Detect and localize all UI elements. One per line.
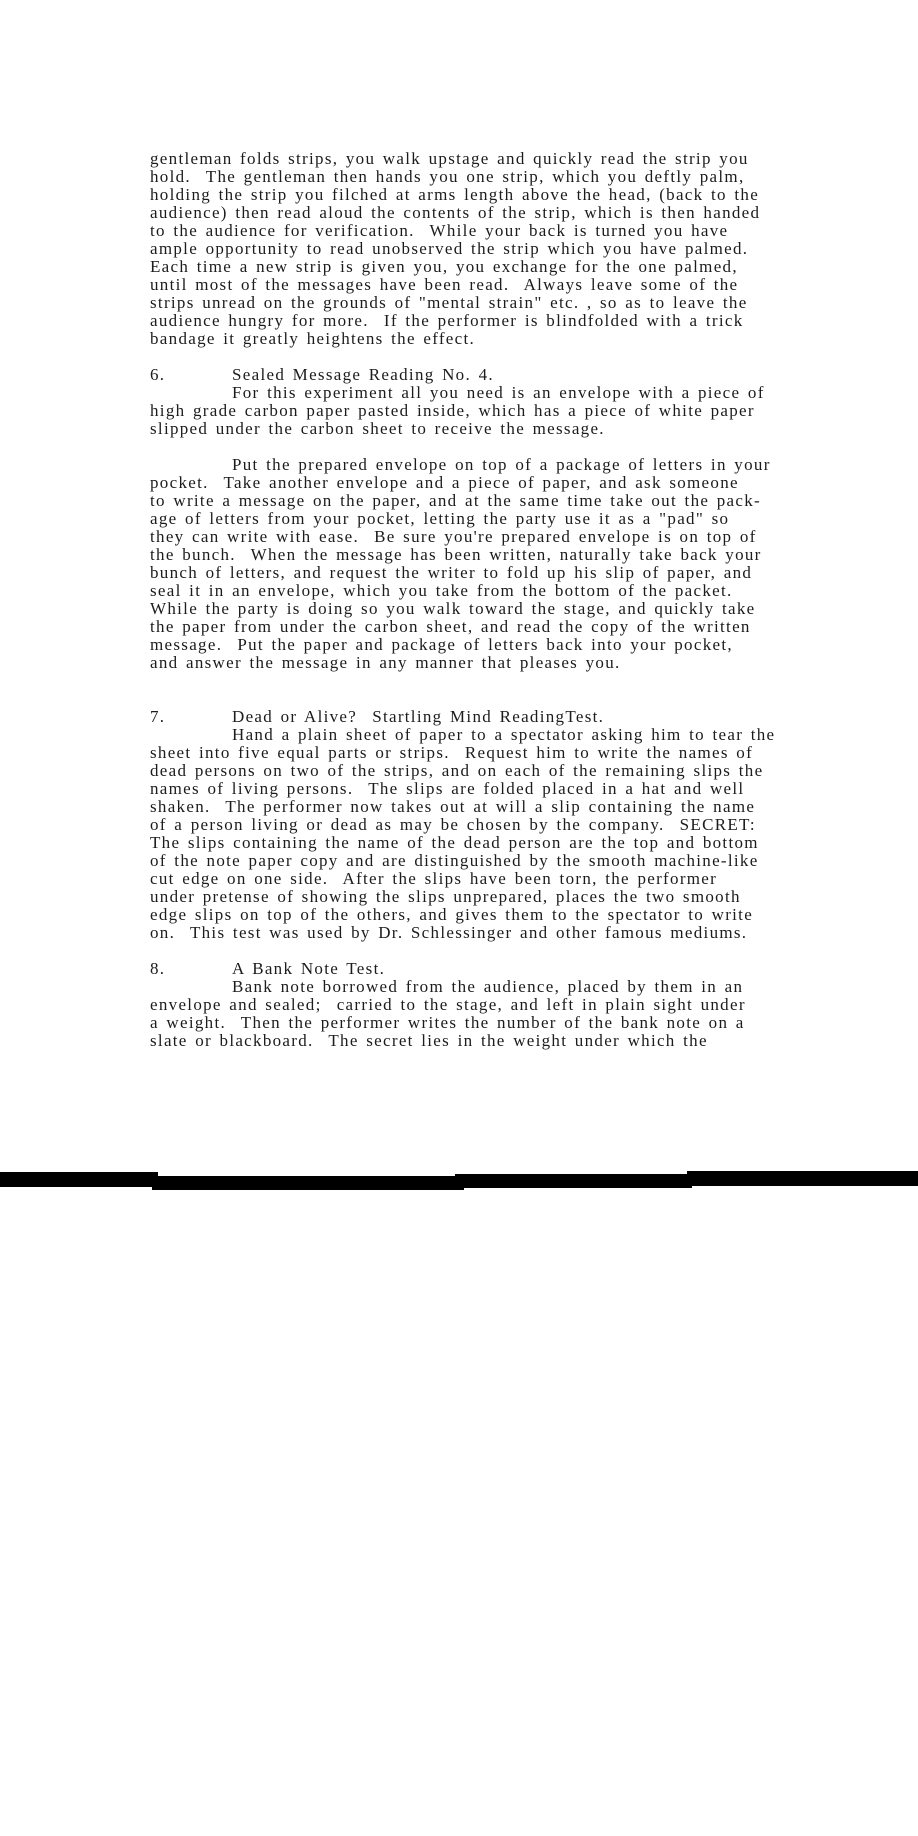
redaction-bar-segment <box>152 1176 464 1190</box>
paragraph: Bank note borrowed from the audience, pl… <box>150 978 850 1050</box>
text-line: gentleman folds strips, you walk upstage… <box>150 150 850 168</box>
text-line: to write a message on the paper, and at … <box>150 492 850 510</box>
text-line: on. This test was used by Dr. Schlessing… <box>150 924 850 942</box>
heading-title: Dead or Alive? Startling Mind ReadingTes… <box>232 707 604 726</box>
text-line: sheet into five equal parts or strips. R… <box>150 744 850 762</box>
text-line: For this experiment all you need is an e… <box>150 384 850 402</box>
text-line: a weight. Then the performer writes the … <box>150 1014 850 1032</box>
text-line: envelope and sealed; carried to the stag… <box>150 996 850 1014</box>
text-line: hold. The gentleman then hands you one s… <box>150 168 850 186</box>
paragraph: For this experiment all you need is an e… <box>150 384 850 438</box>
text-line: Each time a new strip is given you, you … <box>150 258 850 276</box>
text-line: ample opportunity to read unobserved the… <box>150 240 850 258</box>
scanned-document-page: gentleman folds strips, you walk upstage… <box>0 0 918 1836</box>
text-line: strips unread on the grounds of "mental … <box>150 294 850 312</box>
text-line: slate or blackboard. The secret lies in … <box>150 1032 850 1050</box>
text-line: the paper from under the carbon sheet, a… <box>150 618 850 636</box>
text-line: names of living persons. The slips are f… <box>150 780 850 798</box>
text-line: Hand a plain sheet of paper to a spectat… <box>150 726 850 744</box>
paragraph: Put the prepared envelope on top of a pa… <box>150 456 850 672</box>
text-line: holding the strip you filched at arms le… <box>150 186 850 204</box>
text-line: audience) then read aloud the contents o… <box>150 204 850 222</box>
text-line: bunch of letters, and request the writer… <box>150 564 850 582</box>
text-line: to the audience for verification. While … <box>150 222 850 240</box>
text-line: cut edge on one side. After the slips ha… <box>150 870 850 888</box>
redaction-bar-segment <box>0 1172 158 1187</box>
text-line: pocket. Take another envelope and a piec… <box>150 474 850 492</box>
heading-number: 8. <box>150 960 232 978</box>
text-line: the bunch. When the message has been wri… <box>150 546 850 564</box>
heading-number: 7. <box>150 708 232 726</box>
text-line: under pretense of showing the slips unpr… <box>150 888 850 906</box>
heading-title: A Bank Note Test. <box>232 959 385 978</box>
paragraph: gentleman folds strips, you walk upstage… <box>150 150 850 348</box>
section-heading: 7.Dead or Alive? Startling Mind ReadingT… <box>150 708 850 726</box>
text-line: Bank note borrowed from the audience, pl… <box>150 978 850 996</box>
text-block: gentleman folds strips, you walk upstage… <box>150 150 850 1050</box>
text-line: bandage it greatly heightens the effect. <box>150 330 850 348</box>
text-line: edge slips on top of the others, and giv… <box>150 906 850 924</box>
text-line: shaken. The performer now takes out at w… <box>150 798 850 816</box>
text-line: and answer the message in any manner tha… <box>150 654 850 672</box>
text-line: The slips containing the name of the dea… <box>150 834 850 852</box>
text-line: until most of the messages have been rea… <box>150 276 850 294</box>
text-line: of a person living or dead as may be cho… <box>150 816 850 834</box>
text-line: message. Put the paper and package of le… <box>150 636 850 654</box>
text-line: high grade carbon paper pasted inside, w… <box>150 402 850 420</box>
heading-number: 6. <box>150 366 232 384</box>
text-line: audience hungry for more. If the perform… <box>150 312 850 330</box>
text-line: dead persons on two of the strips, and o… <box>150 762 850 780</box>
text-line: of the note paper copy and are distingui… <box>150 852 850 870</box>
redaction-bar-segment <box>687 1171 918 1186</box>
text-line: seal it in an envelope, which you take f… <box>150 582 850 600</box>
redaction-bar-segment <box>455 1174 692 1188</box>
text-line: slipped under the carbon sheet to receiv… <box>150 420 850 438</box>
text-line: Put the prepared envelope on top of a pa… <box>150 456 850 474</box>
heading-title: Sealed Message Reading No. 4. <box>232 365 494 384</box>
text-line: age of letters from your pocket, letting… <box>150 510 850 528</box>
text-line: While the party is doing so you walk tow… <box>150 600 850 618</box>
section-heading: 6.Sealed Message Reading No. 4. <box>150 366 850 384</box>
paragraph: Hand a plain sheet of paper to a spectat… <box>150 726 850 942</box>
text-line: they can write with ease. Be sure you're… <box>150 528 850 546</box>
section-heading: 8.A Bank Note Test. <box>150 960 850 978</box>
